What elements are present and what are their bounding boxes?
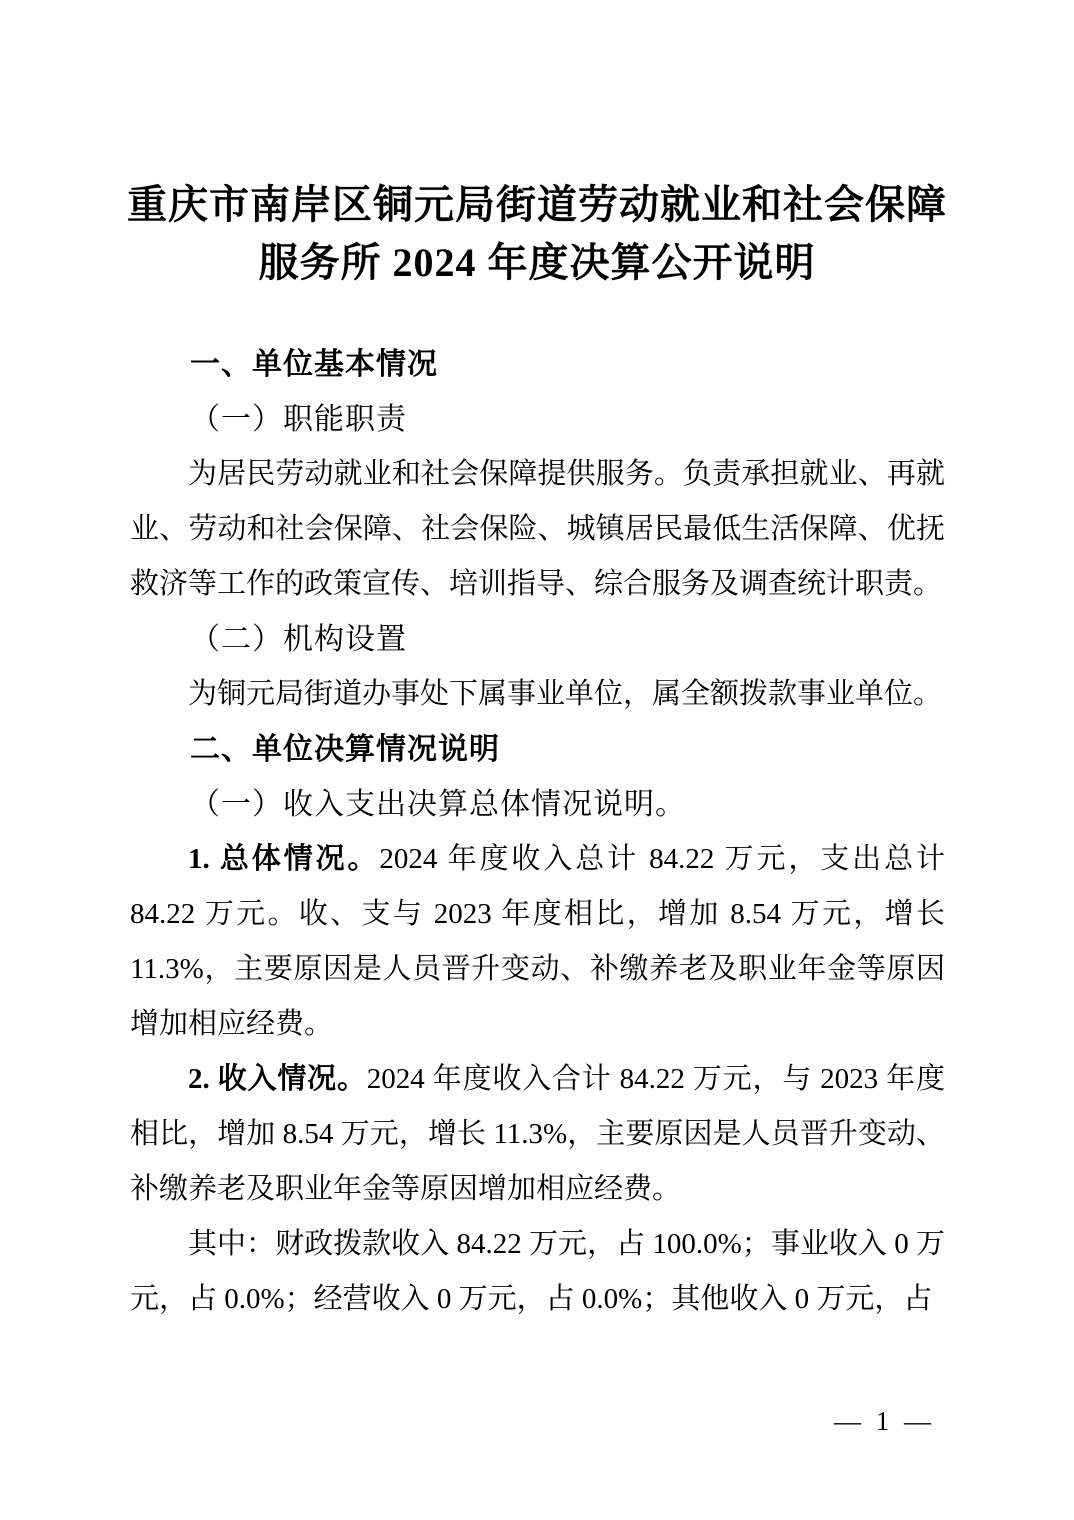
document-body: 一、单位基本情况 （一）职能职责 为居民劳动就业和社会保障提供服务。负责承担就业… bbox=[130, 337, 945, 1327]
document-page: 重庆市南岸区铜元局街道劳动就业和社会保障 服务所 2024 年度决算公开说明 一… bbox=[0, 0, 1074, 1520]
document-title-line2: 服务所 2024 年度决算公开说明 bbox=[0, 234, 1074, 292]
paragraph-organization: 为铜元局街道办事处下属事业单位，属全额拨款事业单位。 bbox=[130, 667, 945, 722]
page-footer: — 1 — bbox=[834, 1405, 935, 1437]
section-1-1-heading: （一）职能职责 bbox=[130, 392, 945, 447]
paragraph-income-detail: 其中：财政拨款收入 84.22 万元，占 100.0%；事业收入 0 万元，占 … bbox=[130, 1217, 945, 1327]
page-number: — 1 — bbox=[834, 1406, 935, 1436]
document-title-line1: 重庆市南岸区铜元局街道劳动就业和社会保障 bbox=[0, 176, 1074, 234]
document-title: 重庆市南岸区铜元局街道劳动就业和社会保障 服务所 2024 年度决算公开说明 bbox=[0, 0, 1074, 292]
section-1-heading: 一、单位基本情况 bbox=[130, 337, 945, 392]
section-1-2-heading: （二）机构设置 bbox=[130, 612, 945, 667]
section-2-heading: 二、单位决算情况说明 bbox=[130, 722, 945, 777]
section-2-1-heading: （一）收入支出决算总体情况说明。 bbox=[130, 777, 945, 832]
paragraph-overall-situation: 1. 总体情况。2024 年度收入总计 84.22 万元，支出总计 84.22 … bbox=[130, 832, 945, 1052]
paragraph-functions: 为居民劳动就业和社会保障提供服务。负责承担就业、再就业、劳动和社会保障、社会保险… bbox=[130, 447, 945, 612]
paragraph-income-lead: 2. 收入情况。 bbox=[188, 1063, 367, 1095]
paragraph-overall-lead: 1. 总体情况。 bbox=[188, 843, 379, 875]
paragraph-income-situation: 2. 收入情况。2024 年度收入合计 84.22 万元，与 2023 年度相比… bbox=[130, 1052, 945, 1217]
